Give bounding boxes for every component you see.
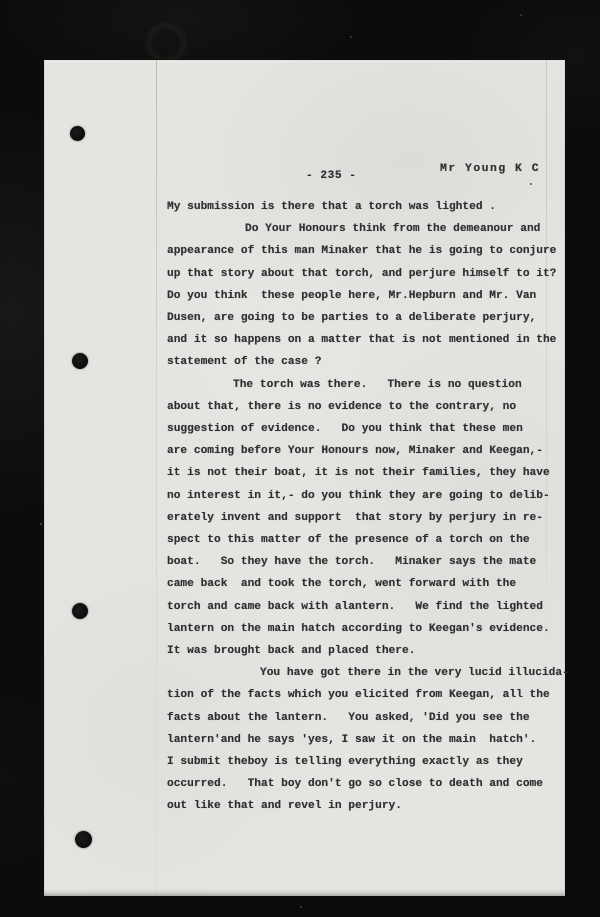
typewritten-line: boat. So they have the torch. Minaker sa… bbox=[167, 551, 581, 573]
typewritten-line: out like that and revel in perjury. bbox=[167, 795, 581, 817]
typewritten-line: My submission is there that a torch was … bbox=[167, 196, 581, 218]
typewritten-line: about that, there is no evidence to the … bbox=[167, 396, 581, 418]
hole-punch-dot bbox=[75, 831, 92, 848]
typewritten-line: suggestion of evidence. Do you think tha… bbox=[167, 418, 581, 440]
scan-background: - 235 - Mr Young K C My submission is th… bbox=[0, 0, 600, 917]
typewritten-line: You have got there in the very lucid ill… bbox=[167, 662, 581, 684]
typewritten-line: erately invent and support that story by… bbox=[167, 507, 581, 529]
scan-artifact-ring bbox=[147, 24, 185, 62]
speaker-attribution: Mr Young K C bbox=[440, 163, 540, 175]
hole-punch-dot bbox=[72, 353, 88, 369]
typewritten-line: The torch was there. There is no questio… bbox=[167, 374, 581, 396]
typewritten-line: are coming before Your Honours now, Mina… bbox=[167, 440, 581, 462]
typewritten-line: facts about the lantern. You asked, 'Did… bbox=[167, 707, 581, 729]
typewritten-line: came back and took the torch, went forwa… bbox=[167, 573, 581, 595]
scan-speck bbox=[350, 36, 352, 38]
typewritten-line: lantern'and he says 'yes, I saw it on th… bbox=[167, 729, 581, 751]
scan-speck bbox=[300, 906, 302, 908]
typewritten-line: appearance of this man Minaker that he i… bbox=[167, 240, 581, 262]
hole-punch-dot bbox=[70, 126, 85, 141]
typewritten-line: statement of the case ? bbox=[167, 351, 581, 373]
typewritten-line: It was brought back and placed there. bbox=[167, 640, 581, 662]
paper-crease bbox=[156, 60, 157, 896]
typewritten-line: and it so happens on a matter that is no… bbox=[167, 329, 581, 351]
typewritten-line: tion of the facts which you elicited fro… bbox=[167, 684, 581, 706]
scan-speck bbox=[40, 523, 42, 525]
typewritten-line: I submit theboy is telling everything ex… bbox=[167, 751, 581, 773]
typewritten-line: up that story about that torch, and perj… bbox=[167, 263, 581, 285]
page-number: - 235 - bbox=[306, 170, 357, 182]
hole-punch-dot bbox=[72, 603, 88, 619]
typewritten-text: My submission is there that a torch was … bbox=[167, 196, 581, 818]
typewritten-line: it is not their boat, it is not their fa… bbox=[167, 462, 581, 484]
typewritten-line: spect to this matter of the presence of … bbox=[167, 529, 581, 551]
typewritten-line: Do you think these people here, Mr.Hepbu… bbox=[167, 285, 581, 307]
typewritten-line: Dusen, are going to be parties to a deli… bbox=[167, 307, 581, 329]
typewritten-line: lantern on the main hatch according to K… bbox=[167, 618, 581, 640]
typewritten-line: torch and came back with alantern. We fi… bbox=[167, 596, 581, 618]
typewritten-line: no interest in it,- do you think they ar… bbox=[167, 485, 581, 507]
stray-mark bbox=[530, 183, 532, 185]
typewritten-line: Do Your Honours think from the demeanour… bbox=[167, 218, 581, 240]
scan-speck bbox=[520, 14, 522, 16]
document-page: - 235 - Mr Young K C My submission is th… bbox=[44, 60, 565, 896]
typewritten-line: occurred. That boy don't go so close to … bbox=[167, 773, 581, 795]
